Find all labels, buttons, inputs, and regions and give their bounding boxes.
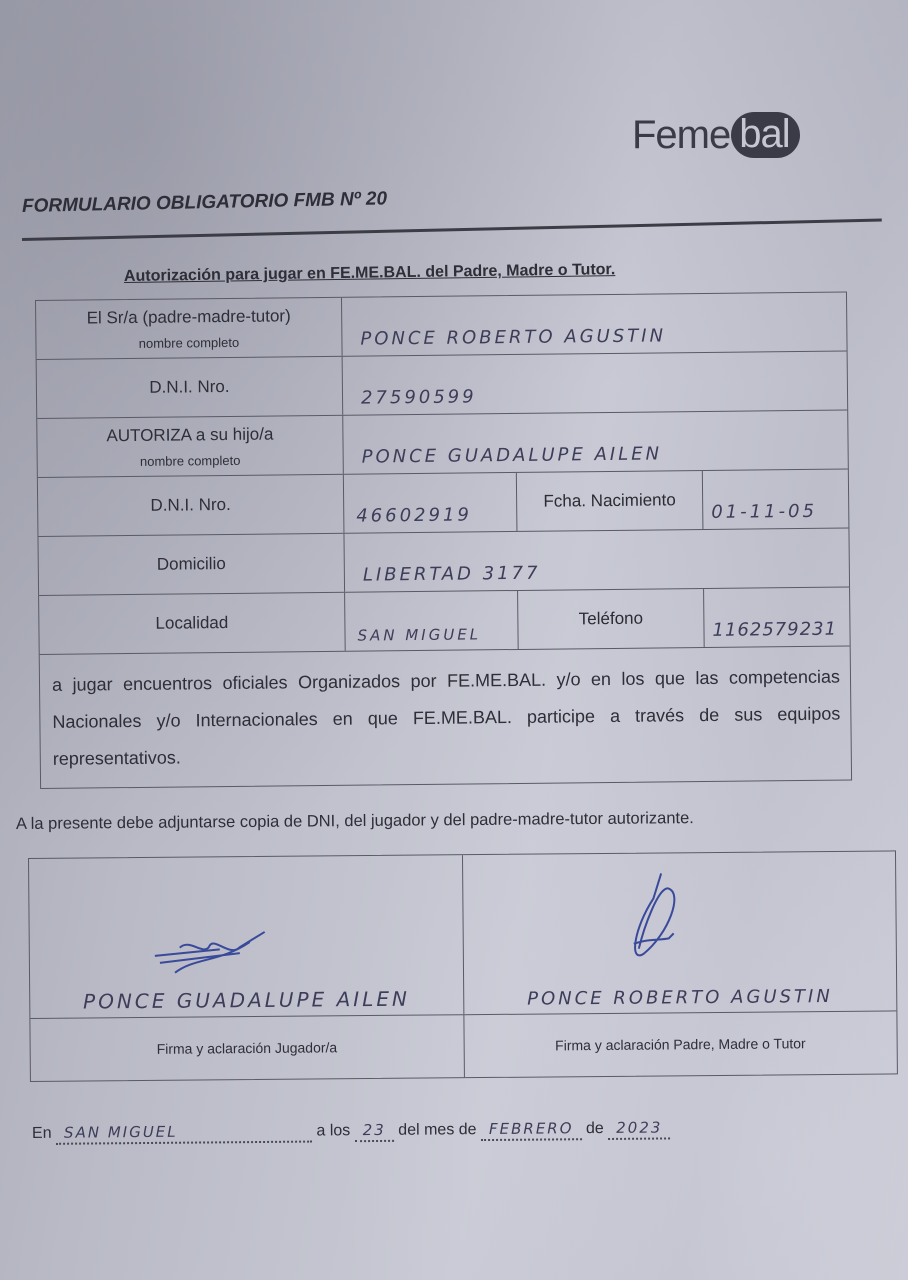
parent-label-cell: El Sr/a (padre-madre-tutor) nombre compl… bbox=[36, 298, 343, 359]
phone-field[interactable]: 1162579231 bbox=[704, 587, 850, 647]
signature-table: PONCE GUADALUPE AILEN Firma y aclaración… bbox=[28, 850, 898, 1082]
day-value: 23 bbox=[363, 1121, 386, 1139]
year-field[interactable]: 2023 bbox=[608, 1118, 670, 1140]
parent-signature-field[interactable]: PONCE ROBERTO AGUSTIN bbox=[462, 851, 896, 1015]
address-field[interactable]: LIBERTAD 3177 bbox=[344, 528, 849, 591]
parent-name-row: El Sr/a (padre-madre-tutor) nombre compl… bbox=[36, 293, 847, 360]
month-prefix: del mes de bbox=[398, 1121, 476, 1139]
child-name-value: PONCE GUADALUPE AILEN bbox=[362, 443, 663, 467]
parent-dni-row: D.N.I. Nro. 27590599 bbox=[37, 352, 848, 419]
title-divider bbox=[22, 218, 882, 241]
parent-dni-label: D.N.I. Nro. bbox=[37, 357, 344, 418]
form-subtitle: Autorización para jugar en FE.ME.BAL. de… bbox=[124, 261, 616, 286]
player-signature-caption: Firma y aclaración Jugador/a bbox=[30, 1015, 463, 1081]
parent-printed-name: PONCE ROBERTO AGUSTIN bbox=[527, 986, 833, 1010]
child-sublabel: nombre completo bbox=[140, 452, 241, 468]
logo-pill: bal bbox=[731, 112, 799, 158]
address-label: Domicilio bbox=[38, 534, 345, 595]
footer-prefix: En bbox=[32, 1125, 52, 1142]
day-field[interactable]: 23 bbox=[355, 1121, 394, 1142]
birth-date-label: Fcha. Nacimiento bbox=[517, 471, 704, 531]
month-value: FEBRERO bbox=[489, 1119, 574, 1138]
parent-signature-caption: Firma y aclaración Padre, Madre o Tutor bbox=[464, 1011, 897, 1077]
parent-name-wrap: PONCE ROBERTO AGUSTIN bbox=[464, 985, 897, 1010]
parent-sublabel: nombre completo bbox=[139, 334, 240, 350]
parent-signature-cell: PONCE ROBERTO AGUSTIN Firma y aclaración… bbox=[462, 851, 896, 1077]
player-signature-mark bbox=[150, 927, 280, 978]
place-value: SAN MIGUEL bbox=[64, 1123, 178, 1142]
year-value: 2023 bbox=[616, 1118, 662, 1136]
child-dni-value: 46602919 bbox=[356, 504, 472, 526]
player-signature-field[interactable]: PONCE GUADALUPE AILEN bbox=[29, 855, 463, 1019]
birth-date-field[interactable]: 01-11-05 bbox=[703, 469, 849, 529]
parent-name-value: PONCE ROBERTO AGUSTIN bbox=[360, 325, 666, 349]
phone-value: 1162579231 bbox=[712, 619, 837, 641]
city-row: Localidad SAN MIGUEL Teléfono 1162579231 bbox=[39, 587, 850, 654]
authorization-paragraph: a jugar encuentros oficiales Organizados… bbox=[40, 646, 851, 787]
authorization-table: El Sr/a (padre-madre-tutor) nombre compl… bbox=[35, 291, 852, 788]
player-name-wrap: PONCE GUADALUPE AILEN bbox=[30, 986, 463, 1014]
player-signature-cell: PONCE GUADALUPE AILEN Firma y aclaración… bbox=[29, 855, 464, 1081]
child-dni-field[interactable]: 46602919 bbox=[344, 473, 518, 533]
femebal-logo: Femebal bbox=[632, 112, 800, 158]
address-row: Domicilio LIBERTAD 3177 bbox=[38, 528, 849, 595]
child-label-cell: AUTORIZA a su hijo/a nombre completo bbox=[37, 416, 344, 477]
child-label: AUTORIZA a su hijo/a bbox=[106, 424, 273, 446]
parent-dni-field[interactable]: 27590599 bbox=[343, 352, 848, 415]
day-prefix: a los bbox=[316, 1122, 350, 1139]
parent-label: El Sr/a (padre-madre-tutor) bbox=[87, 306, 291, 328]
form-title: FORMULARIO OBLIGATORIO FMB Nº 20 bbox=[22, 188, 388, 218]
child-name-row: AUTORIZA a su hijo/a nombre completo PON… bbox=[37, 411, 848, 478]
city-value: SAN MIGUEL bbox=[357, 625, 481, 644]
child-dni-row: D.N.I. Nro. 46602919 Fcha. Nacimiento 01… bbox=[38, 469, 849, 536]
child-name-field[interactable]: PONCE GUADALUPE AILEN bbox=[343, 411, 848, 474]
address-value: LIBERTAD 3177 bbox=[363, 563, 541, 586]
city-label: Localidad bbox=[39, 593, 346, 654]
month-field[interactable]: FEBRERO bbox=[481, 1119, 582, 1141]
logo-text: Feme bbox=[632, 113, 730, 158]
authorization-text-row: a jugar encuentros oficiales Organizados… bbox=[40, 646, 851, 787]
parent-signature-mark bbox=[613, 868, 694, 969]
player-printed-name: PONCE GUADALUPE AILEN bbox=[83, 987, 410, 1014]
parent-name-field[interactable]: PONCE ROBERTO AGUSTIN bbox=[342, 293, 847, 356]
city-field[interactable]: SAN MIGUEL bbox=[345, 591, 519, 651]
phone-label: Teléfono bbox=[518, 589, 705, 649]
child-dni-label: D.N.I. Nro. bbox=[38, 475, 345, 536]
birth-date-value: 01-11-05 bbox=[711, 501, 817, 523]
parent-dni-value: 27590599 bbox=[361, 386, 477, 408]
place-date-line: En SAN MIGUEL a los 23 del mes de FEBRER… bbox=[32, 1118, 671, 1145]
year-prefix: de bbox=[586, 1120, 604, 1137]
attachment-note: A la presente debe adjuntarse copia de D… bbox=[16, 809, 694, 834]
place-field[interactable]: SAN MIGUEL bbox=[56, 1122, 312, 1145]
